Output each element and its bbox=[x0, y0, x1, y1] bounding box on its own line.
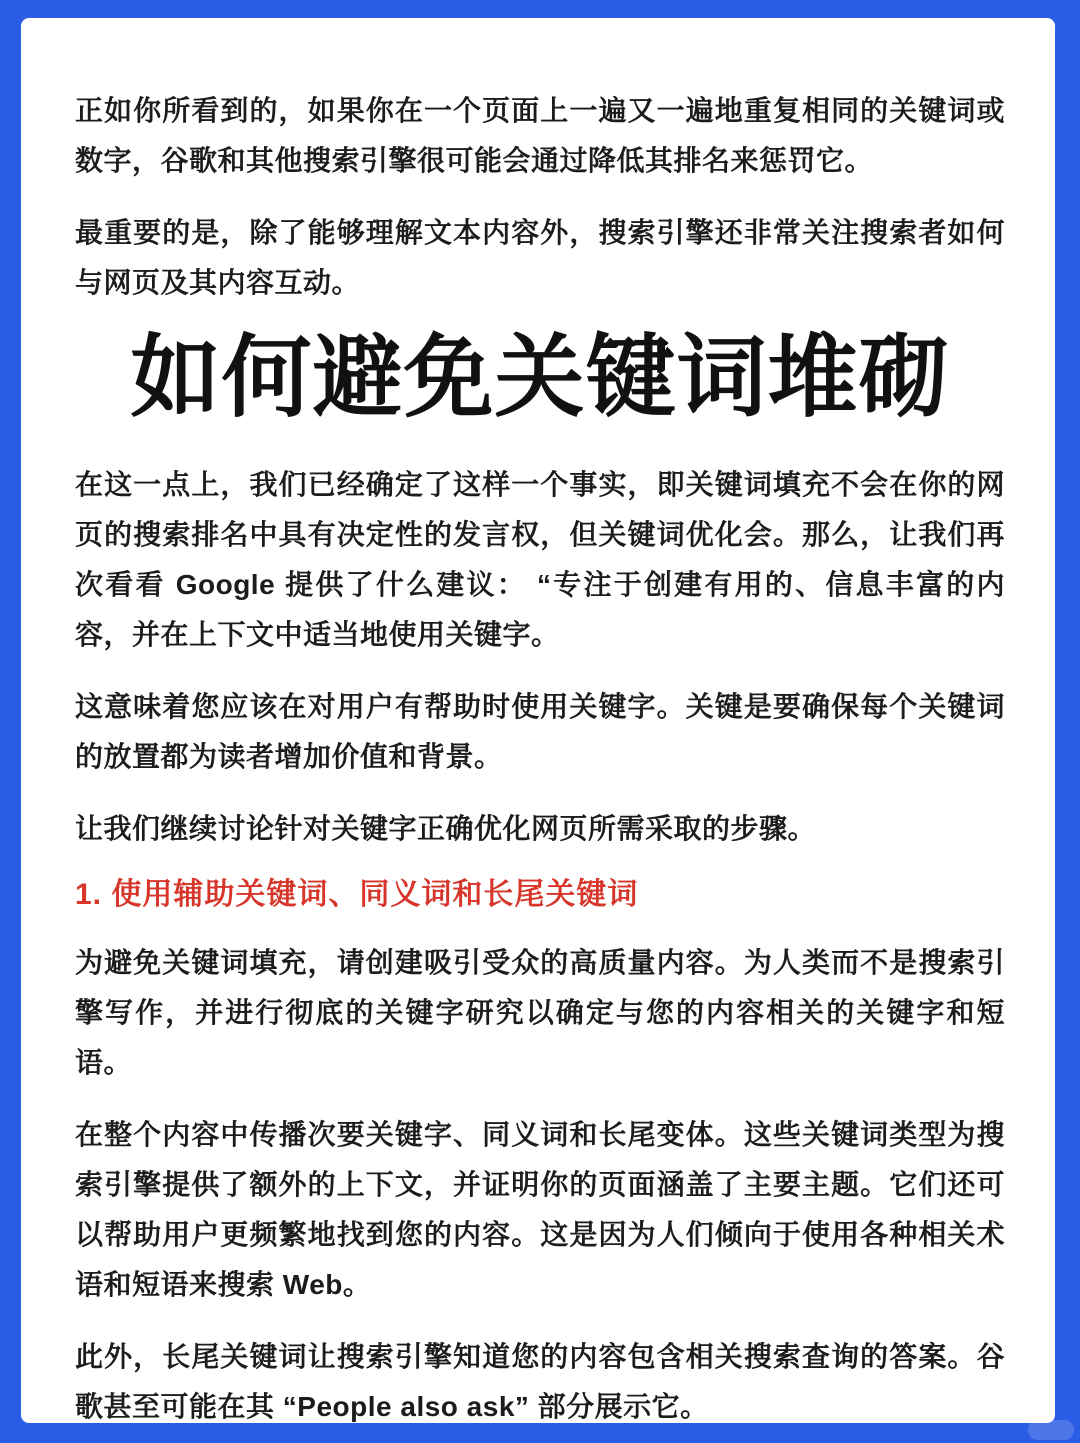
paragraph-intro-2: 最重要的是，除了能够理解文本内容外，搜索引擎还非常关注搜索者如何与网页及其内容互… bbox=[75, 208, 1005, 308]
paragraph-tip-3: 此外，长尾关键词让搜索引擎知道您的内容包含相关搜索查询的答案。谷歌甚至可能在其 … bbox=[75, 1332, 1005, 1423]
paragraph-intro-1: 正如你所看到的，如果你在一个页面上一遍又一遍地重复相同的关键词或数字，谷歌和其他… bbox=[75, 86, 1005, 186]
article-title: 如何避免关键词堆砌 bbox=[75, 330, 1005, 426]
paragraph-tip-2: 在整个内容中传播次要关键字、同义词和长尾变体。这些关键词类型为搜索引擎提供了额外… bbox=[75, 1110, 1005, 1310]
paragraph-meaning: 这意味着您应该在对用户有帮助时使用关键字。关键是要确保每个关键词的放置都为读者增… bbox=[75, 682, 1005, 782]
paragraph-advice: 在这一点上，我们已经确定了这样一个事实，即关键词填充不会在你的网页的搜索排名中具… bbox=[75, 460, 1005, 660]
article-card: 正如你所看到的，如果你在一个页面上一遍又一遍地重复相同的关键词或数字，谷歌和其他… bbox=[21, 18, 1055, 1423]
paragraph-transition: 让我们继续讨论针对关键字正确优化网页所需采取的步骤。 bbox=[75, 804, 1005, 854]
paragraph-tip-1: 为避免关键词填充，请创建吸引受众的高质量内容。为人类而不是搜索引擎写作，并进行彻… bbox=[75, 938, 1005, 1088]
section-heading-1: 1. 使用辅助关键词、同义词和长尾关键词 bbox=[75, 876, 1005, 914]
blue-frame: 正如你所看到的，如果你在一个页面上一遍又一遍地重复相同的关键词或数字，谷歌和其他… bbox=[0, 0, 1080, 1443]
watermark-remnant bbox=[1028, 1420, 1074, 1440]
